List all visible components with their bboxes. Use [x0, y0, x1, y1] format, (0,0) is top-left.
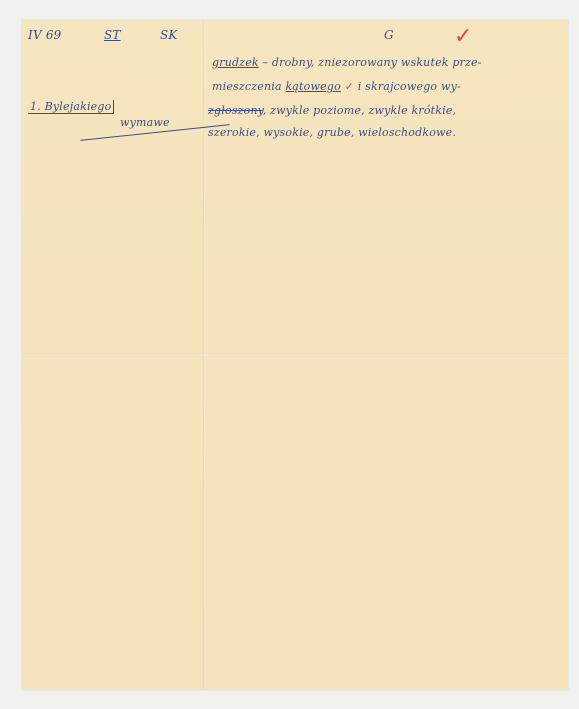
reference-number: IV 69 [28, 28, 62, 42]
code-st: ST [104, 28, 121, 42]
letter-g: G [384, 28, 394, 42]
red-checkmark-icon: ✓ [454, 24, 473, 49]
body-line-3: zgłoszony, zwykle poziome, zwykle krótki… [208, 104, 456, 117]
body-line-4: szerokie, wysokie, grube, wieloschodkowe… [208, 126, 456, 139]
inline-red-checkmark-icon: ✓ [345, 80, 354, 93]
horizontal-fold-line [22, 353, 568, 355]
entry-label: 1. Bylejakiego [28, 100, 114, 114]
boxed-word: wymawe [120, 116, 170, 129]
body-line-2: mieszczenia kątowego ✓ i skrajcowego wy- [212, 80, 461, 93]
paper-sheet: IV 69 ST SK G ✓ 1. Bylejakiego wymawe gr… [22, 20, 568, 690]
vertical-fold-line [203, 20, 205, 690]
body-line-1: grudzek – drobny, zniezorowany wskutek p… [212, 56, 482, 69]
code-sk: SK [160, 28, 178, 42]
